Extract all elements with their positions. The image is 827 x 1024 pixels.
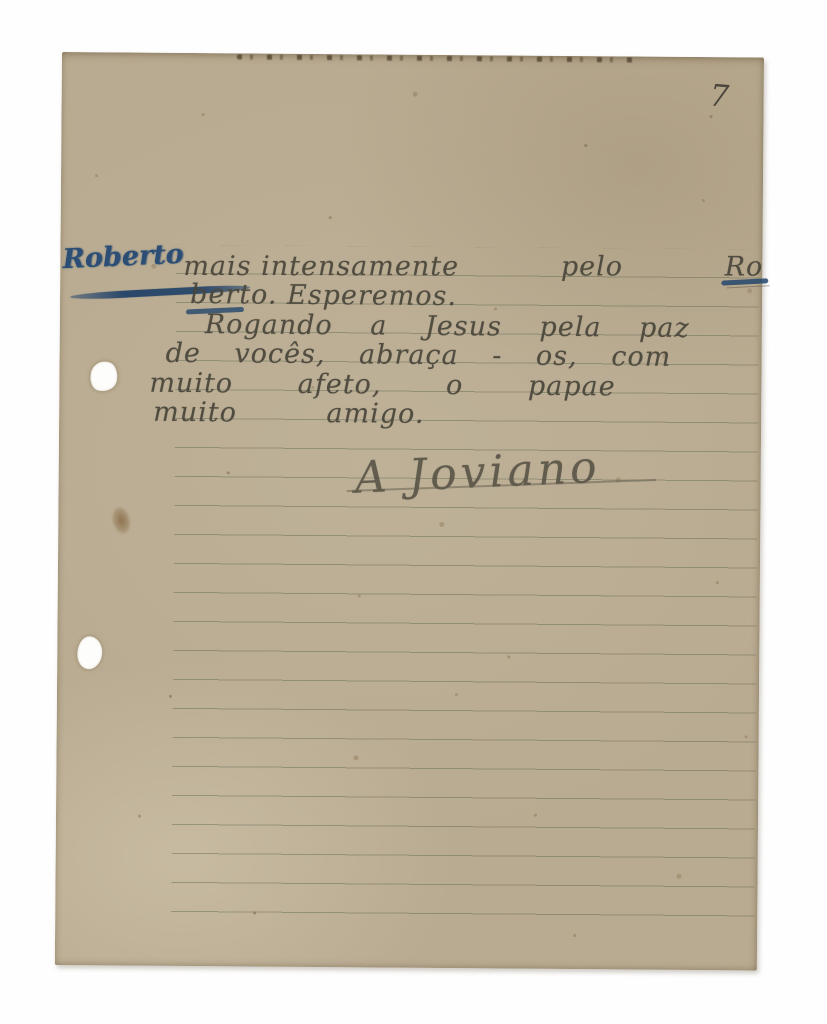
worn-top-edge xyxy=(237,54,637,62)
letter-line-1-mid: pelo xyxy=(561,249,623,285)
letter-page: 7 Roberto mais intensamente pelo Ro bert… xyxy=(55,52,764,970)
ink-stain xyxy=(109,505,133,537)
foxing-spots xyxy=(62,52,65,55)
letter-line-6: muito amigo. xyxy=(153,395,425,433)
punch-hole-bottom xyxy=(77,636,102,669)
letter-line-1-underlined-word: Ro xyxy=(725,249,764,285)
margin-annotation-roberto: Roberto xyxy=(62,239,184,275)
punch-hole-top xyxy=(88,359,120,393)
signature: A Joviano xyxy=(354,441,602,506)
page-number: 7 xyxy=(708,78,730,114)
